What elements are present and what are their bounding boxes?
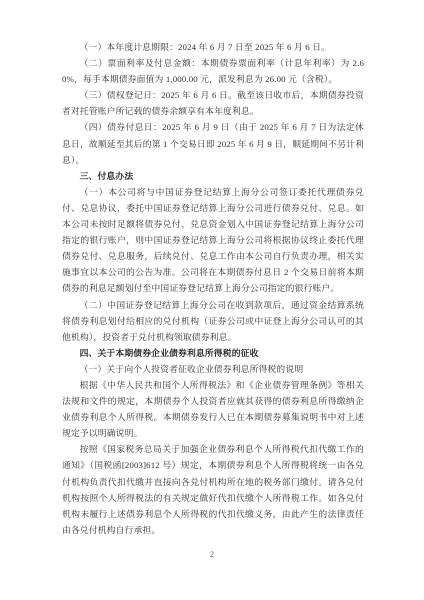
document-content: （一）本年度计息期限：2024 年 6 月 7 日至 2025 年 6 月 6 … [62,39,364,538]
paragraph-tax-basis: 根据《中华人民共和国个人所得税法》和《企业债券管理条例》等相关法规和文件的规定，… [62,377,364,441]
paragraph-tax-withholding: 按照《国家税务总局关于加强企业债券利息个人所得税代扣代缴工作的通知》（国税函[2… [62,441,364,538]
section-heading-payment-method: 三、付息办法 [62,168,364,184]
paragraph-tax-subheading: （一）关于向个人投资者征收企业债券利息所得税的说明 [62,361,364,377]
paragraph-interest-period: （一）本年度计息期限：2024 年 6 月 7 日至 2025 年 6 月 6 … [62,39,364,55]
paragraph-payment-date: （四）债券付息日：2025 年 6 月 9 日（由于 2025 年 6 月 7 … [62,119,364,167]
page-number: 2 [0,549,424,559]
document-page: （一）本年度计息期限：2024 年 6 月 7 日至 2025 年 6 月 6 … [0,0,424,600]
paragraph-payment-method-2: （二）中国证券登记结算上海分公司在收到款项后，通过资金结算系统将债券利息划付给相… [62,297,364,345]
paragraph-coupon-rate: （二）票面利率及付息金额：本期债券票面利率（计息年利率）为 2.60%，每手本期… [62,55,364,87]
paragraph-payment-method-1: （一）本公司将与中国证券登记结算上海分公司签订委托代理债券兑付、兑息协议，委托中… [62,184,364,297]
section-heading-tax: 四、关于本期债券企业债券利息所得税的征收 [62,345,364,361]
paragraph-record-date: （三）债权登记日：2025 年 6 月 6 日。截至该日收市后，本期债券投资者对… [62,87,364,119]
